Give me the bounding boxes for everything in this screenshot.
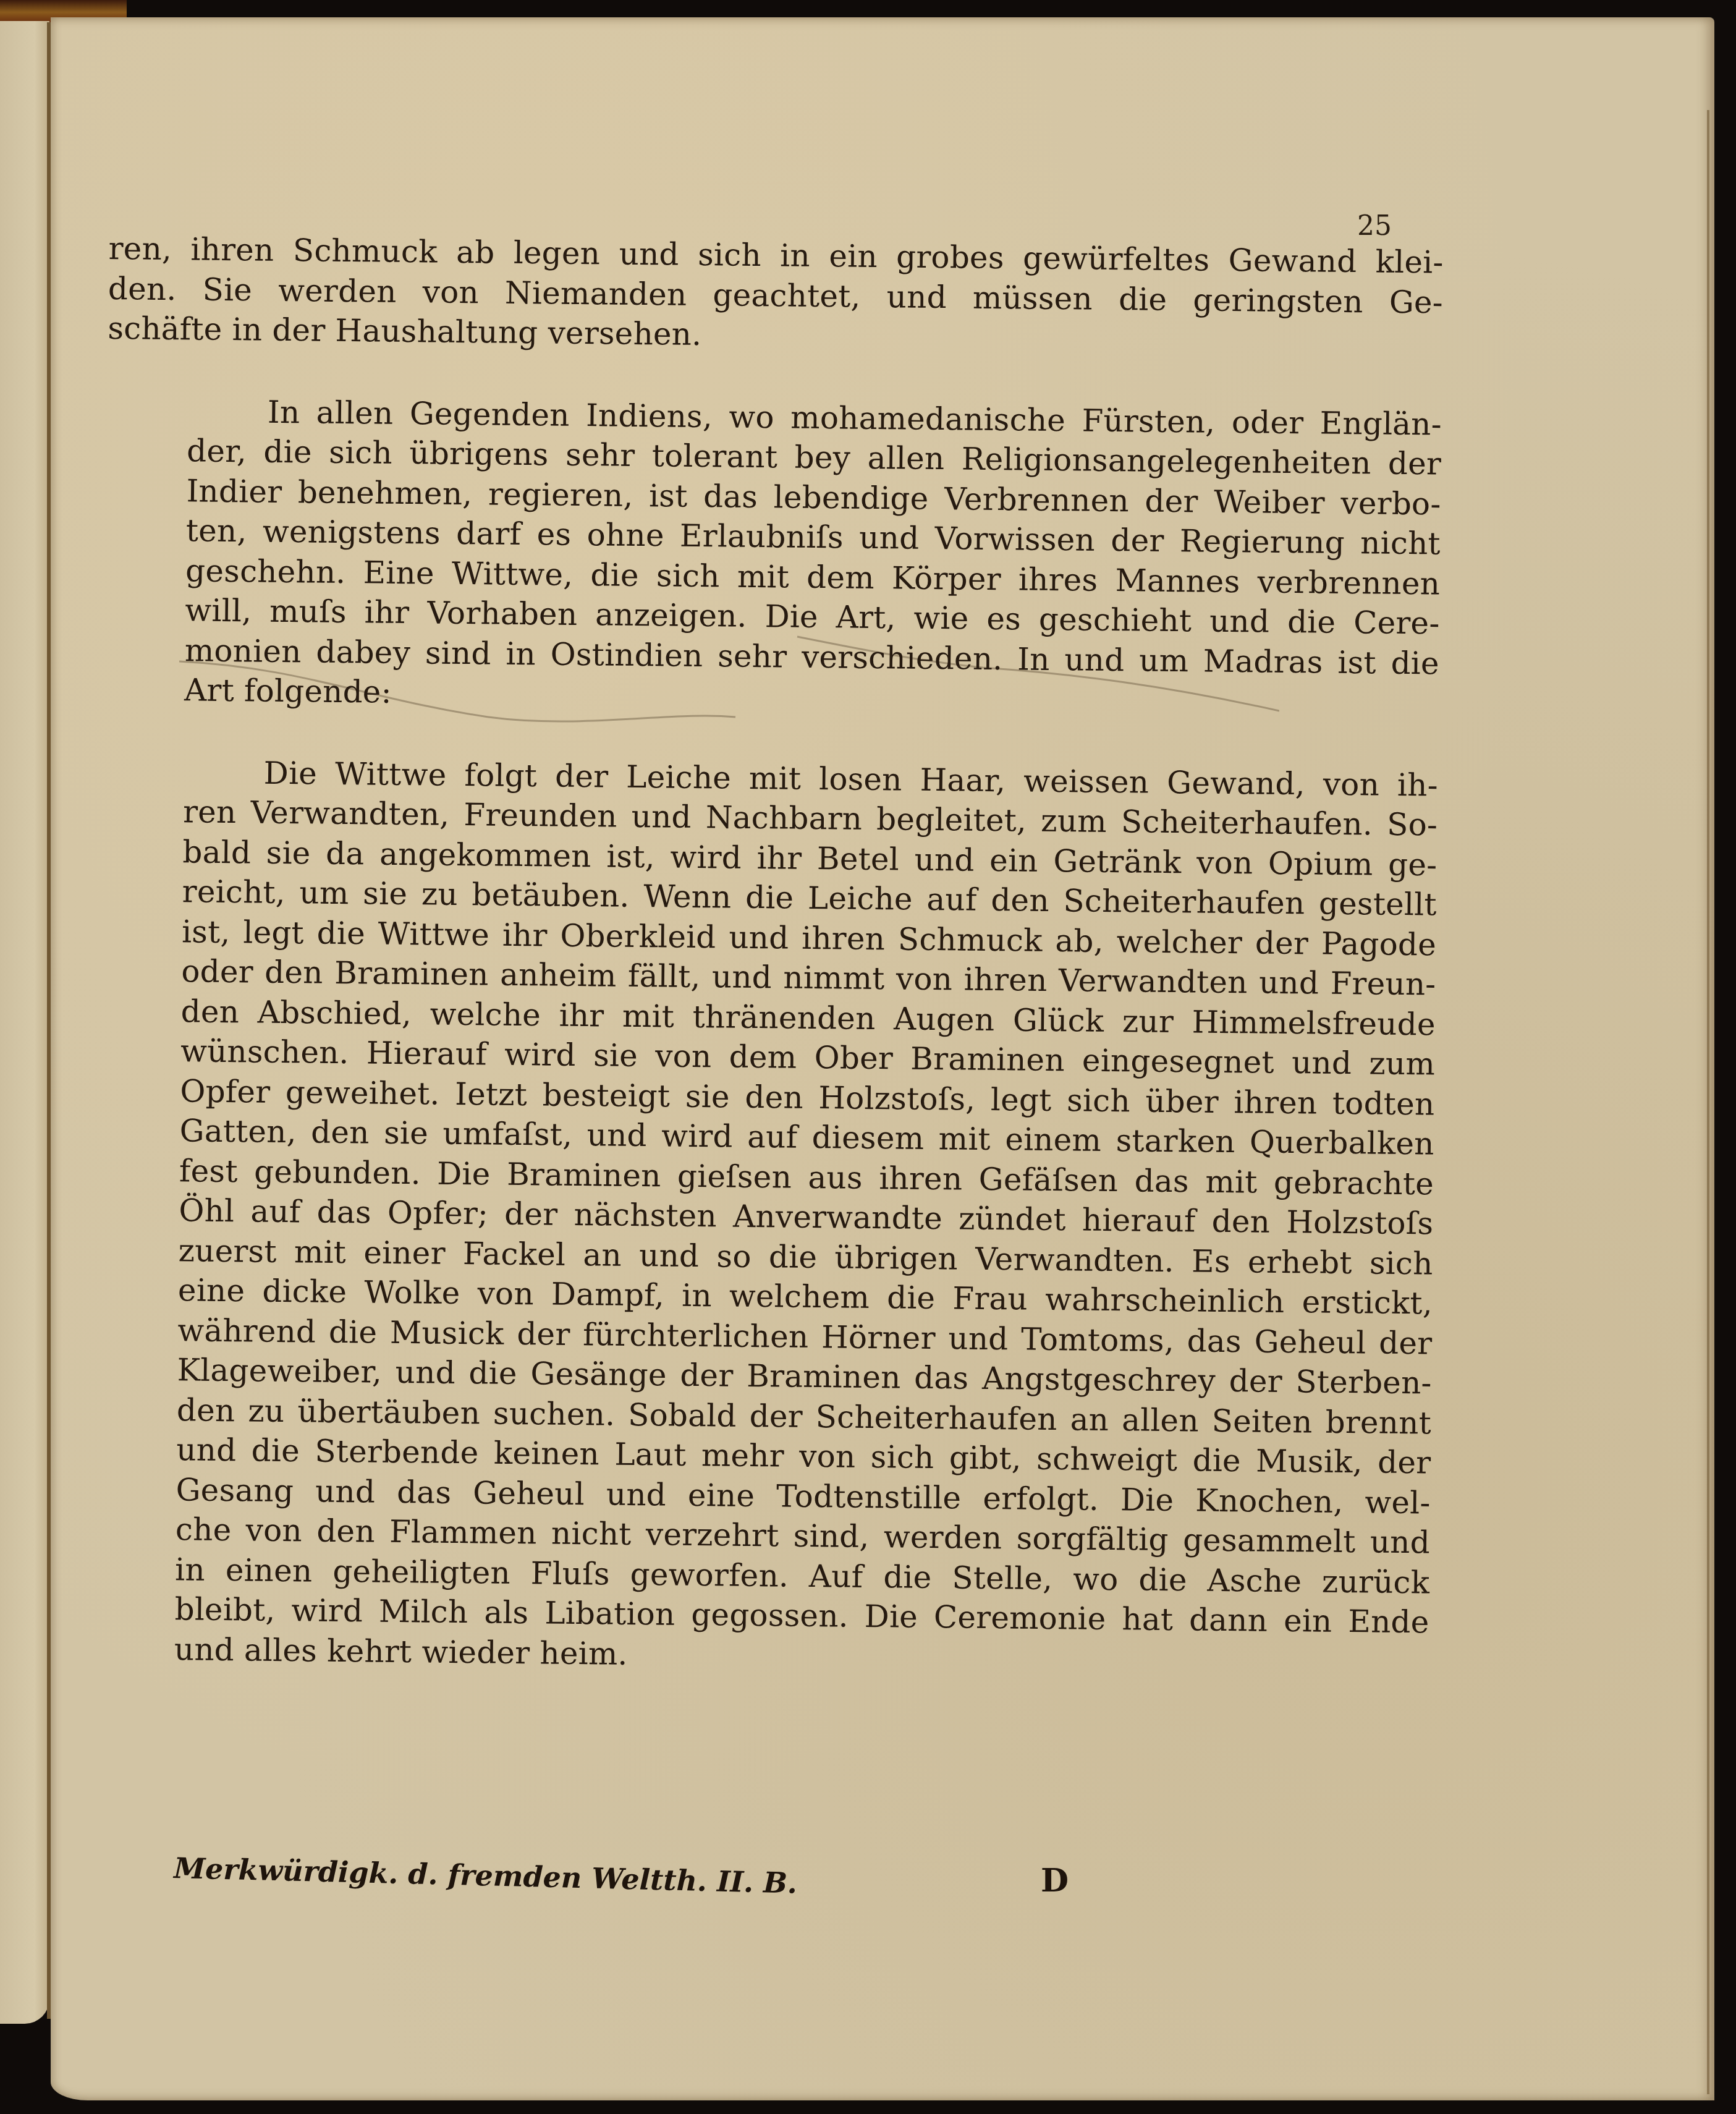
paragraph-1: ren, ihren Schmuck ab legen und sich in … [108,229,1444,362]
facing-page-edge [0,21,49,2024]
page-number: 25 [1357,210,1392,242]
page-edge-shadow [1707,110,1709,2094]
body-text: ren, ihren Schmuck ab legen und sich in … [94,229,1444,1682]
sheet-mark: D [1041,1862,1069,1900]
paragraph-3: Die Wittwe folgt der Leiche mit losen Ha… [94,751,1438,1682]
paragraph-2: In allen Gegenden Indiens, wo mohamedani… [104,390,1442,723]
